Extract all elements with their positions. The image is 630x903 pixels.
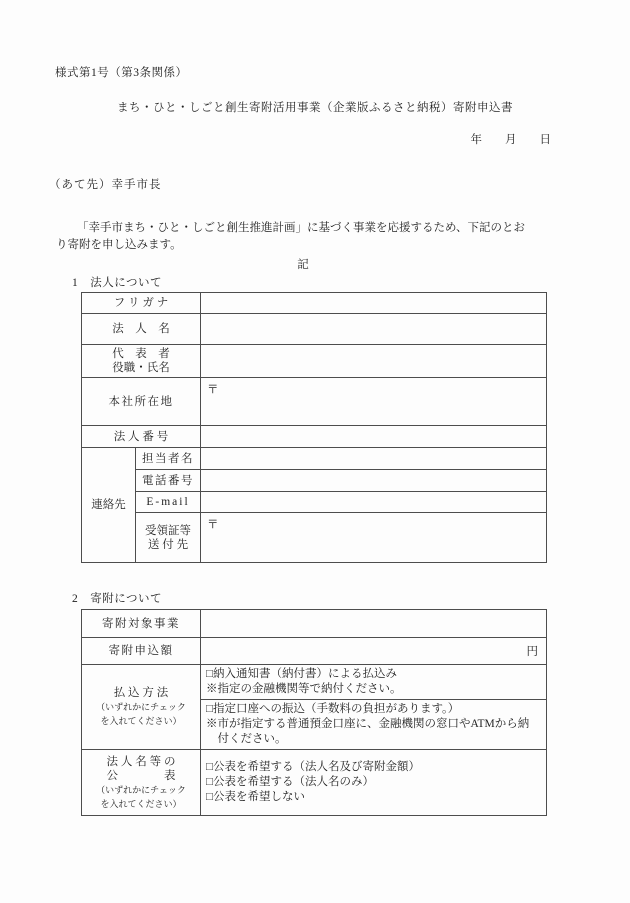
postal-mark: 〒 [207,384,219,396]
head-office-input-cell[interactable]: 〒 [201,378,547,426]
table-row: 連絡先 担当者名 [82,448,547,470]
furigana-label: フ リ ガ ナ [82,293,201,314]
payment-option-2-note-line-2: 付ください。 [206,732,541,747]
paragraph-line-2: り寄附を申し込みます。 [56,237,571,254]
paragraph-line-1: 「幸手市まち・ひと・しごと創生推進計画」に基づく事業を応援するため、下記のとお [56,220,571,237]
document-title: まち・ひと・しごと創生寄附活用事業（企業版ふるさと納税）寄附申込書 [0,99,630,115]
payment-option-1-checkbox[interactable]: □納入通知書（納付書）による払込み [206,667,541,682]
table-row: 受領証等 送 付 先 〒 [82,513,547,563]
contact-label: 連絡先 [82,448,136,563]
table-row: 代 表 者 役職・氏名 [82,345,547,378]
payment-option-2-checkbox[interactable]: □指定口座への振込（手数料の負担があります。） [206,702,541,717]
section2-heading: 2 寄附について [72,590,162,606]
payment-method-label: 払 込 方 法 （いずれかにチェック を入れてください） [82,665,201,750]
target-project-label: 寄附対象事業 [82,610,201,638]
corporate-number-input-cell[interactable] [201,426,547,448]
corporate-name-label: 法 人 名 [82,314,201,345]
representative-input-cell[interactable] [201,345,547,378]
corporate-name-input-cell[interactable] [201,314,547,345]
corporation-table: フ リ ガ ナ 法 人 名 代 表 者 役職・氏名 本社所在地 〒 法 人 番 … [81,292,547,563]
donation-amount-input-cell[interactable]: 円 [201,638,547,665]
form-number: 様式第1号（第3条関係） [55,64,188,80]
addressee: （あて先）幸手市長 [49,176,162,192]
email-label: E-mail [136,492,201,513]
postal-mark: 〒 [207,519,219,531]
table-row: 法 人 番 号 [82,426,547,448]
table-row: 本社所在地 〒 [82,378,547,426]
email-input-cell[interactable] [201,492,547,513]
payment-option-2-cell: □指定口座への振込（手数料の負担があります。） ※市が指定する普通預金口座に、金… [201,700,547,750]
table-row: 払 込 方 法 （いずれかにチェック を入れてください） □納入通知書（納付書）… [82,665,547,700]
contact-person-label: 担当者名 [136,448,201,470]
ki-marker: 記 [0,256,606,272]
disclosure-label: 法 人 名 等 の 公 表 （いずれかにチェック を入れてください） [82,750,201,816]
donation-table: 寄附対象事業 寄附申込額 円 払 込 方 法 （いずれかにチェック を入れてくだ… [81,609,547,816]
phone-label: 電話番号 [136,470,201,492]
contact-person-input-cell[interactable] [201,448,547,470]
table-row: フ リ ガ ナ [82,293,547,314]
yen-unit: 円 [527,646,539,658]
disclosure-option-3-checkbox[interactable]: □公表を希望しない [206,790,541,805]
table-row: 法 人 名 [82,314,547,345]
date-line: 年 月 日 [471,131,552,147]
table-row: 寄附対象事業 [82,610,547,638]
table-row: 寄附申込額 円 [82,638,547,665]
disclosure-option-1-checkbox[interactable]: □公表を希望する（法人名及び寄附金額） [206,760,541,775]
table-row: 法 人 名 等 の 公 表 （いずれかにチェック を入れてください） □公表を希… [82,750,547,816]
disclosure-options-cell: □公表を希望する（法人名及び寄附金額） □公表を希望する（法人名のみ） □公表を… [201,750,547,816]
table-row: 電話番号 [82,470,547,492]
corporate-number-label: 法 人 番 号 [82,426,201,448]
receipt-address-input-cell[interactable]: 〒 [201,513,547,563]
payment-option-1-note: ※指定の金融機関等で納付ください。 [206,682,541,697]
phone-input-cell[interactable] [201,470,547,492]
representative-label: 代 表 者 役職・氏名 [82,345,201,378]
head-office-label: 本社所在地 [82,378,201,426]
section1-heading: 1 法人について [72,274,162,290]
payment-option-2-note-line-1: ※市が指定する普通預金口座に、金融機関の窓口やATMから納 [206,717,541,732]
form-page: 様式第1号（第3条関係） まち・ひと・しごと創生寄附活用事業（企業版ふるさと納税… [0,0,630,903]
target-project-input-cell[interactable] [201,610,547,638]
receipt-address-label: 受領証等 送 付 先 [136,513,201,563]
table-row: E-mail [82,492,547,513]
furigana-input-cell[interactable] [201,293,547,314]
payment-option-1-cell: □納入通知書（納付書）による払込み ※指定の金融機関等で納付ください。 [201,665,547,700]
donation-amount-label: 寄附申込額 [82,638,201,665]
disclosure-option-2-checkbox[interactable]: □公表を希望する（法人名のみ） [206,775,541,790]
body-paragraph: 「幸手市まち・ひと・しごと創生推進計画」に基づく事業を応援するため、下記のとお … [56,220,571,254]
